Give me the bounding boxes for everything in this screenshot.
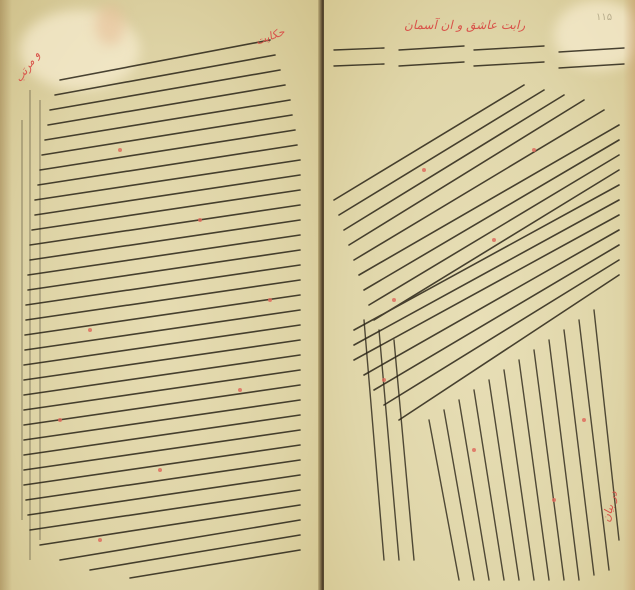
handwritten-text-block <box>0 0 322 590</box>
manuscript-spread: حکایت و مرتب ۱۱۵ رابت عاشق و ان آسمان <box>0 0 635 590</box>
left-page: حکایت و مرتب <box>0 0 322 590</box>
handwritten-text-block <box>324 0 635 590</box>
right-page: ۱۱۵ رابت عاشق و ان آسمان <box>324 0 635 590</box>
